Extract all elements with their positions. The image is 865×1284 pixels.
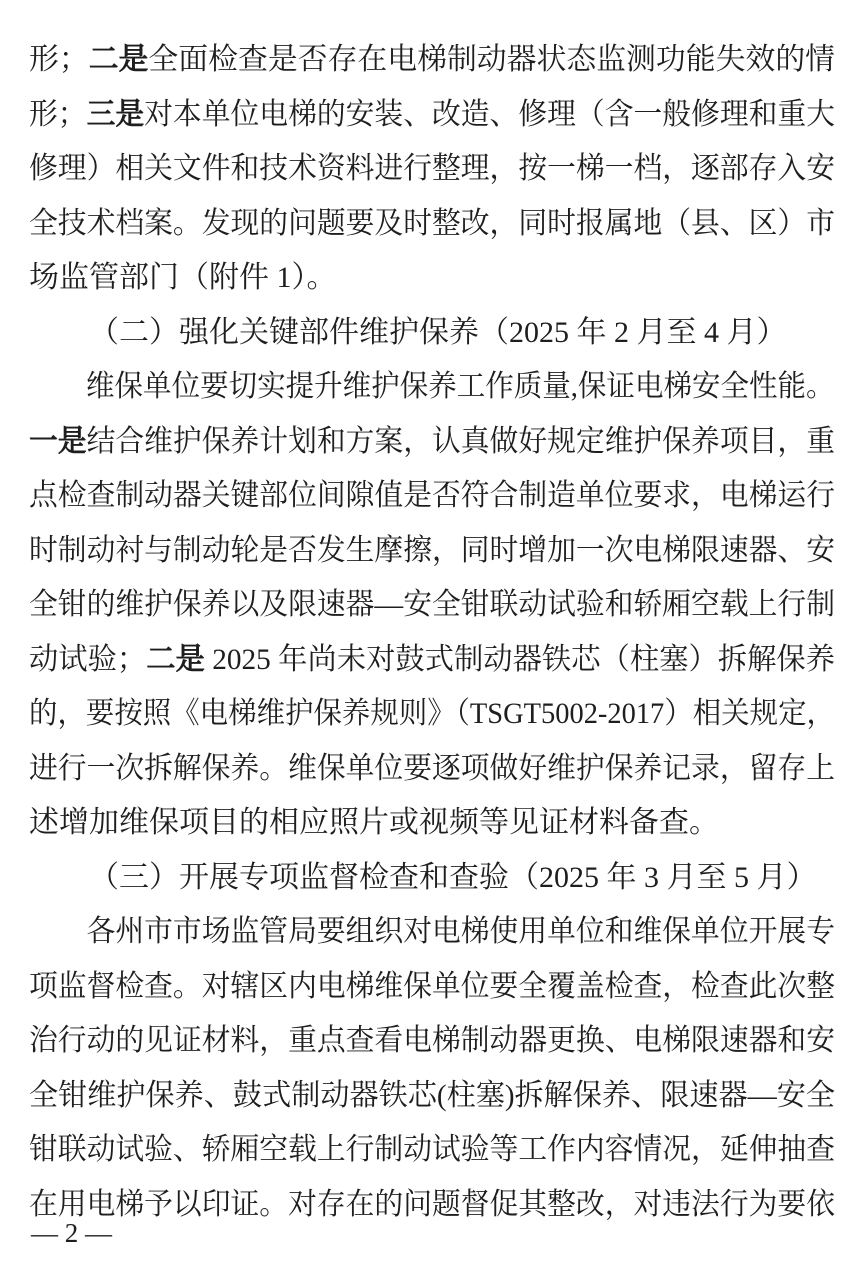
text-run: 全技术档案。发现的问题要及时整改，同时报属地（县、区）市 [29, 207, 835, 240]
text-line: 全钳维护保养、鼓式制动器铁芯(柱塞)拆解保养、限速器—安全 [29, 1069, 812, 1124]
text-run: （三）开展专项监督检查和查验（2025 年 3 月至 5 月） [89, 861, 817, 894]
text-line: 各州市市场监管局要组织对电梯使用单位和维保单位开展专 [29, 905, 802, 960]
text-line: 时制动衬与制动轮是否发生摩擦，同时增加一次电梯限速器、安 [29, 524, 802, 579]
emphasis-text: 二是 [146, 643, 205, 676]
text-line: 的，要按照《电梯维护保养规则》（TSGT5002-2017）相关规定， [29, 687, 793, 742]
text-run: 2025 年尚未对鼓式制动器铁芯（柱塞）拆解保养 [205, 643, 835, 676]
text-line: 动试验；二是 2025 年尚未对鼓式制动器铁芯（柱塞）拆解保养 [29, 633, 816, 688]
text-run: 全钳维护保养、鼓式制动器铁芯(柱塞)拆解保养、限速器—安全 [29, 1079, 835, 1112]
document-body: 形；二是全面检查是否存在电梯制动器状态监测功能失效的情形；三是对本单位电梯的安装… [29, 33, 835, 1232]
text-run: 场监管部门（附件 1）。 [29, 261, 337, 294]
text-run: 点检查制动器关键部位间隙值是否符合制造单位要求，电梯运行 [29, 479, 835, 512]
text-line: 一是结合维护保养计划和方案，认真做好规定维护保养项目，重 [29, 415, 802, 470]
text-run: 维保单位要切实提升维护保养工作质量,保证电梯安全性能。 [86, 370, 835, 403]
text-line: 在用电梯予以印证。对存在的问题督促其整改，对违法行为要依 [29, 1178, 802, 1233]
section-heading: （二）强化关键部件维护保养（2025 年 2 月至 4 月） [29, 306, 835, 361]
text-run: （二）强化关键部件维护保养（2025 年 2 月至 4 月） [89, 316, 787, 349]
text-line: 维保单位要切实提升维护保养工作质量,保证电梯安全性能。 [29, 360, 795, 415]
text-run: 项监督检查。对辖区内电梯维保单位要全覆盖检查，检查此次整 [29, 970, 835, 1003]
text-run: 形； [29, 98, 87, 131]
emphasis-text: 三是 [87, 98, 145, 131]
text-line: 钳联动试验、轿厢空载上行制动试验等工作内容情况，延伸抽查 [29, 1123, 802, 1178]
emphasis-text: 二是 [89, 43, 149, 76]
section-heading: （三）开展专项监督检查和查验（2025 年 3 月至 5 月） [29, 851, 835, 906]
text-line: 全技术档案。发现的问题要及时整改，同时报属地（县、区）市 [29, 197, 802, 252]
text-run: 时制动衬与制动轮是否发生摩擦，同时增加一次电梯限速器、安 [29, 534, 835, 567]
text-run: 进行一次拆解保养。维保单位要逐项做好维护保养记录，留存上 [29, 752, 835, 785]
text-line: 修理）相关文件和技术资料进行整理，按一梯一档，逐部存入安 [29, 142, 802, 197]
text-line: 形；二是全面检查是否存在电梯制动器状态监测功能失效的情 [29, 33, 831, 88]
text-run: 在用电梯予以印证。对存在的问题督促其整改，对违法行为要依 [29, 1188, 835, 1221]
text-run: 各州市市场监管局要组织对电梯使用单位和维保单位开展专 [87, 915, 835, 948]
text-run: 钳联动试验、轿厢空载上行制动试验等工作内容情况，延伸抽查 [29, 1133, 835, 1166]
text-run: 动试验； [29, 643, 146, 676]
text-run: 全面检查是否存在电梯制动器状态监测功能失效的情 [148, 43, 835, 76]
text-run: 修理）相关文件和技术资料进行整理，按一梯一档，逐部存入安 [29, 152, 835, 185]
text-line: 点检查制动器关键部位间隙值是否符合制造单位要求，电梯运行 [29, 469, 802, 524]
text-line: 项监督检查。对辖区内电梯维保单位要全覆盖检查，检查此次整 [29, 960, 802, 1015]
text-line: 进行一次拆解保养。维保单位要逐项做好维护保养记录，留存上 [29, 742, 802, 797]
text-line: 全钳的维护保养以及限速器—安全钳联动试验和轿厢空载上行制 [29, 578, 802, 633]
emphasis-text: 一是 [29, 425, 87, 458]
text-run: 全钳的维护保养以及限速器—安全钳联动试验和轿厢空载上行制 [29, 588, 835, 621]
text-run: 的，要按照《电梯维护保养规则》（TSGT5002-2017）相关规定， [29, 697, 835, 730]
document-page: 形；二是全面检查是否存在电梯制动器状态监测功能失效的情形；三是对本单位电梯的安装… [0, 0, 865, 1284]
text-run: 形； [29, 43, 89, 76]
text-line: 治行动的见证材料，重点查看电梯制动器更换、电梯限速器和安 [29, 1014, 802, 1069]
text-line: 形；三是对本单位电梯的安装、改造、修理（含一般修理和重大 [29, 88, 802, 143]
text-line: 场监管部门（附件 1）。 [29, 251, 835, 306]
text-run: 述增加维保项目的相应照片或视频等见证材料备查。 [29, 806, 719, 839]
text-run: 对本单位电梯的安装、改造、修理（含一般修理和重大 [144, 98, 835, 131]
text-run: 结合维护保养计划和方案，认真做好规定维护保养项目，重 [87, 425, 835, 458]
page-number: — 2 — [31, 1213, 112, 1253]
text-run: 治行动的见证材料，重点查看电梯制动器更换、电梯限速器和安 [29, 1024, 835, 1057]
text-line: 述增加维保项目的相应照片或视频等见证材料备查。 [29, 796, 835, 851]
